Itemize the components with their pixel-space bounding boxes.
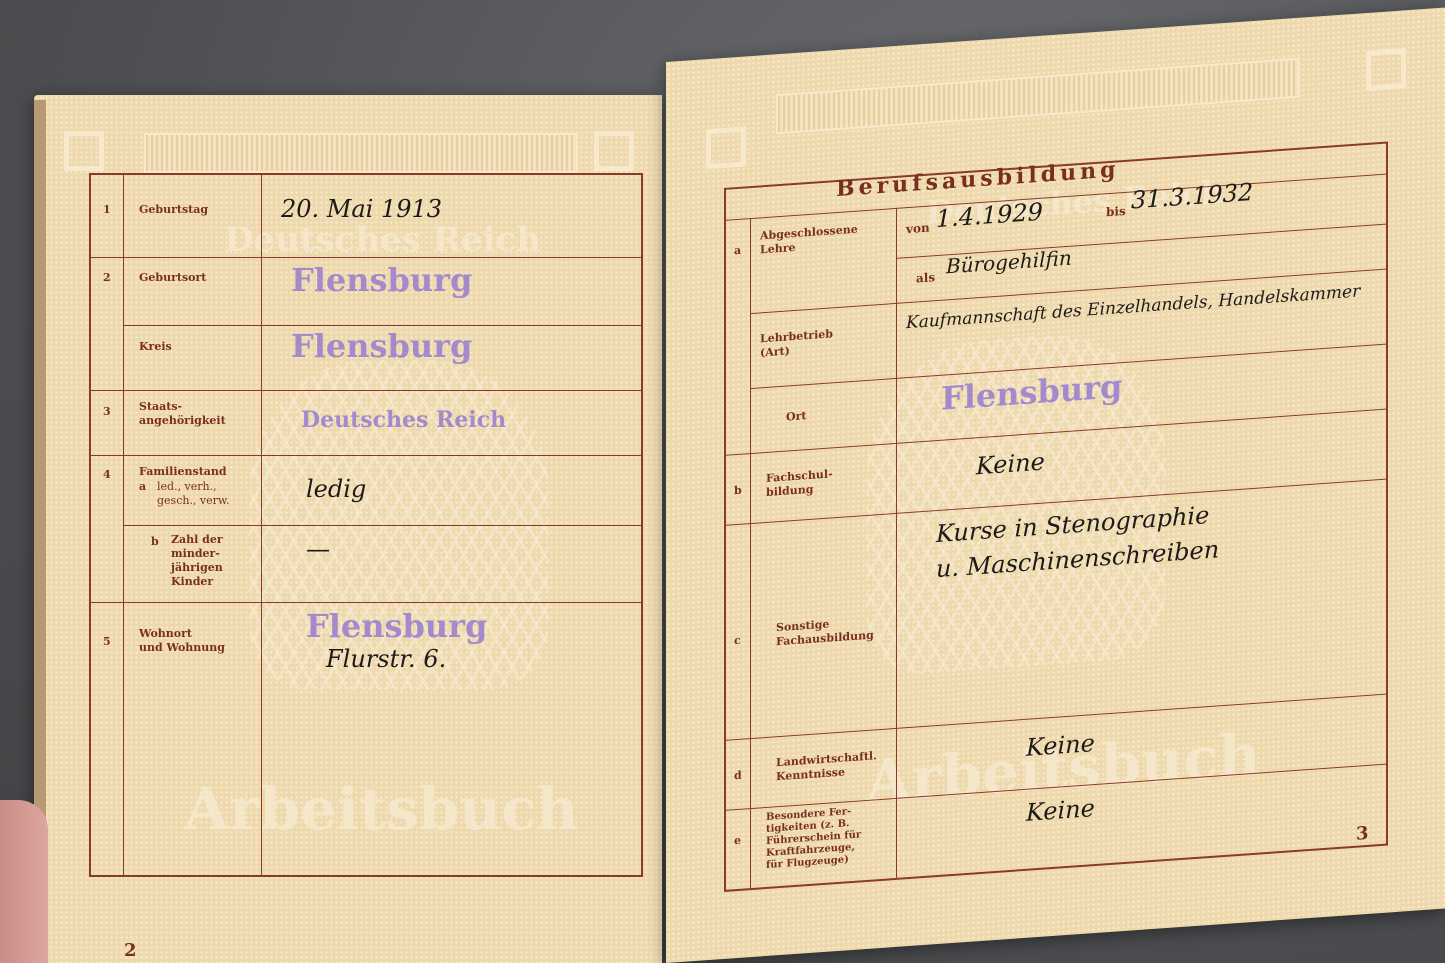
value-agricultural-knowledge: Keine [1026, 729, 1095, 762]
label-familienstand: Familienstand [139, 465, 227, 479]
label-geburtstag: Geburtstag [139, 203, 208, 217]
label-geburtsort: Geburtsort [139, 271, 206, 285]
label-landwirtschaft: Landwirtschaftl. Kenntnisse [776, 749, 877, 784]
value-special-skills: Keine [1026, 794, 1095, 827]
value-address: Flurstr. 6. [326, 645, 446, 673]
border-ornament-icon [1366, 48, 1406, 91]
row-number: 3 [103, 405, 111, 418]
label-lehrbetrieb: Lehrbetrieb (Art) [760, 327, 833, 360]
label-lehre: Abgeschlossene Lehre [760, 223, 858, 258]
stamp-training-location: Flensburg [941, 367, 1122, 418]
vocational-training-table: Berufsausbildung von 1.4.1929 bis 31.3.1… [724, 142, 1388, 892]
label-von: von [906, 221, 930, 237]
sub-letter: c [734, 634, 741, 648]
border-ornament-icon [706, 126, 746, 169]
label-ort: Ort [786, 409, 806, 424]
holding-finger [0, 800, 48, 963]
page-number: 2 [124, 940, 137, 961]
row-number: 2 [103, 271, 111, 284]
row-number: 5 [103, 635, 111, 648]
right-page: Deutsches Reich Arbeitsbuch Berufsausbil… [666, 8, 1445, 963]
label-bis: bis [1106, 204, 1126, 219]
top-border-band [144, 133, 578, 173]
sub-letter: d [734, 769, 742, 784]
border-ornament-icon [594, 131, 634, 171]
stamp-district: Flensburg [291, 327, 472, 365]
value-period-to: 31.3.1932 [1131, 178, 1253, 215]
border-ornament-icon [64, 131, 104, 171]
value-birthdate: 20. Mai 1913 [281, 195, 442, 223]
value-children: — [306, 535, 330, 563]
label-sonstige-fachausbildung: Sonstige Fachausbildung [776, 614, 874, 649]
label-besondere-fertigkeiten: Besondere Fer- tigkeiten (z. B. Führersc… [766, 805, 861, 872]
top-border-band [776, 58, 1300, 135]
value-period-from: 1.4.1929 [936, 198, 1043, 233]
label-kreis: Kreis [139, 340, 172, 354]
page-number: 3 [1356, 823, 1369, 845]
label-wohnort: Wohnort und Wohnung [139, 627, 225, 655]
sub-letter: e [734, 834, 741, 848]
sub-letter: a [139, 480, 146, 494]
value-apprenticeship: Bürogehilfin [946, 246, 1072, 279]
sub-letter: b [734, 484, 742, 499]
value-marital-status: ledig [306, 475, 366, 503]
label-children: Zahl der minder- jährigen Kinder [171, 533, 223, 589]
stamp-residence: Flensburg [306, 607, 487, 645]
stamp-birthplace: Flensburg [291, 261, 472, 299]
value-technical-school: Keine [976, 448, 1045, 481]
label-staatsangehoerigkeit: Staats- angehörigkeit [139, 400, 226, 428]
value-training-company: Kaufmannschaft des Einzelhandels, Handel… [906, 279, 1376, 334]
left-page: Deutsches Reich Arbeitsbuch 1 Geburtstag… [34, 95, 662, 963]
row-number: 4 [103, 468, 111, 481]
row-number: 1 [103, 203, 111, 216]
label-als: als [916, 270, 935, 285]
label-marital-options: led., verh., gesch., verw. [157, 480, 230, 508]
label-fachschulbildung: Fachschul- bildung [766, 467, 833, 500]
sub-letter: b [151, 535, 159, 549]
personal-data-table: 1 Geburtstag 20. Mai 1913 2 Geburtsort F… [89, 173, 643, 877]
sub-letter: a [734, 244, 741, 258]
stamp-nationality: Deutsches Reich [301, 407, 506, 433]
